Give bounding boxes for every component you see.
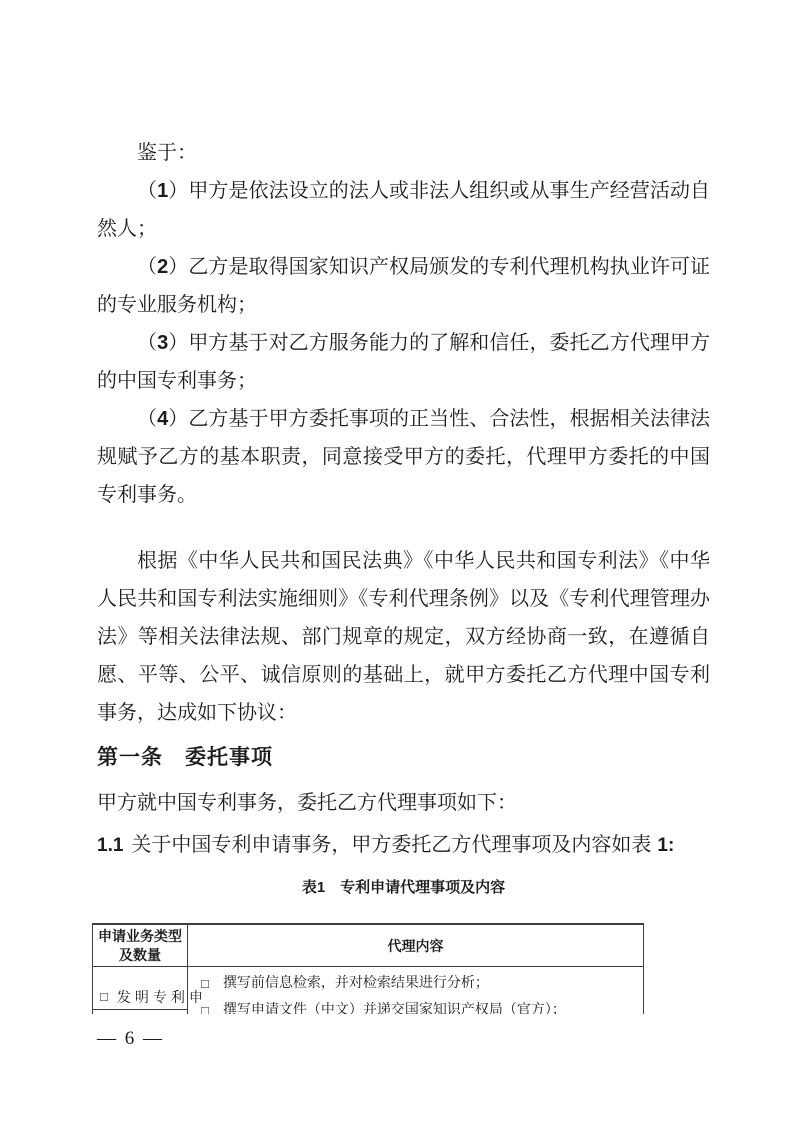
legal-basis-paragraph: 根据《中华人民共和国民法典》《中华人民共和国专利法》《中华人民共和国专利法实施细… xyxy=(97,542,710,732)
agency-content-text: 撰写前信息检索，并对检索结果进行分析； xyxy=(223,970,489,997)
item-text: 乙方是取得国家知识产权局颁发的专利代理机构执业许可证的专业服务机构； xyxy=(97,256,710,316)
item-marker-open: （ xyxy=(137,408,157,430)
item-number: 1 xyxy=(157,180,168,202)
header-col2-label: 代理内容 xyxy=(388,936,444,956)
cell-agency-content: □ 撰写前信息检索，并对检索结果进行分析； □ 撰写申请文件（中文）并递交国家知… xyxy=(188,967,643,1014)
item-number: 4 xyxy=(157,408,168,430)
item-marker-close: ） xyxy=(168,332,188,354)
cell-application-type: □ 发明专利申 xyxy=(93,967,188,1014)
item-marker-close: ） xyxy=(168,180,188,202)
type-option-label: 发明专利申 xyxy=(117,987,207,1007)
table-row: □ 发明专利申 □ 撰写前信息检索，并对检索结果进行分析； □ 撰写申请文件（中… xyxy=(93,967,643,1014)
table-1: 申请业务类型 及数量 代理内容 □ 发明专利申 □ 撰写前信息检索，并对检索结果… xyxy=(92,923,644,1014)
table-1-title: 表1 专利申请代理事项及内容 xyxy=(97,879,710,896)
spacer xyxy=(97,514,710,542)
agency-content-text: 撰写申请文件（中文）并递交国家知识产权局（官方）； xyxy=(223,997,566,1014)
whereas-item-1: （1）甲方是依法设立的法人或非法人组织或从事生产经营活动自然人； xyxy=(97,172,710,248)
whereas-lead: 鉴于： xyxy=(97,134,710,172)
checkbox-icon: □ xyxy=(100,989,108,1005)
item-text: 甲方基于对乙方服务能力的了解和信任，委托乙方代理甲方的中国专利事务； xyxy=(97,332,710,392)
item-text: 甲方是依法设立的法人或非法人组织或从事生产经营活动自然人； xyxy=(97,180,710,240)
item-text: 乙方基于甲方委托事项的正当性、合法性，根据相关法律法规赋予乙方的基本职责，同意接… xyxy=(97,408,710,506)
item-marker-open: （ xyxy=(137,256,157,278)
whereas-item-3: （3）甲方基于对乙方服务能力的了解和信任，委托乙方代理甲方的中国专利事务； xyxy=(97,324,710,400)
document-page: 鉴于： （1）甲方是依法设立的法人或非法人组织或从事生产经营活动自然人； （2）… xyxy=(0,0,793,1122)
header-cell-agency-content: 代理内容 xyxy=(188,925,643,966)
table-header-row: 申请业务类型 及数量 代理内容 xyxy=(93,925,643,967)
type-option: □ 发明专利申 xyxy=(93,967,187,1007)
item-number: 2 xyxy=(157,256,168,278)
header-cell-application-type: 申请业务类型 及数量 xyxy=(93,925,188,966)
clause-1-1-text: 关于中国专利申请事务，甲方委托乙方代理事项及内容如表 xyxy=(131,834,651,856)
article-1-intro: 甲方就中国专利事务，委托乙方代理事项如下： xyxy=(97,782,710,824)
item-marker-close: ） xyxy=(168,408,188,430)
whereas-item-4: （4）乙方基于甲方委托事项的正当性、合法性，根据相关法律法规赋予乙方的基本职责，… xyxy=(97,400,710,514)
agency-content-item: □ 撰写前信息检索，并对检索结果进行分析； xyxy=(201,970,635,997)
page-number: — 6 — xyxy=(97,1028,164,1050)
item-marker-open: （ xyxy=(137,332,157,354)
item-marker-open: （ xyxy=(137,180,157,202)
clause-1-1: 1.1关于中国专利申请事务，甲方委托乙方代理事项及内容如表1: xyxy=(97,824,710,867)
item-marker-close: ） xyxy=(168,256,188,278)
header-col1-line1: 申请业务类型 xyxy=(98,927,182,946)
clause-1-1-table-ref: 1: xyxy=(657,835,674,856)
item-number: 3 xyxy=(157,332,168,354)
agency-content-item: □ 撰写申请文件（中文）并递交国家知识产权局（官方）； xyxy=(201,997,635,1014)
clause-1-1-number: 1.1 xyxy=(97,835,123,856)
article-1-heading: 第一条 委托事项 xyxy=(97,738,710,778)
whereas-item-2: （2）乙方是取得国家知识产权局颁发的专利代理机构执业许可证的专业服务机构； xyxy=(97,248,710,324)
header-col1-line2: 及数量 xyxy=(119,946,161,965)
